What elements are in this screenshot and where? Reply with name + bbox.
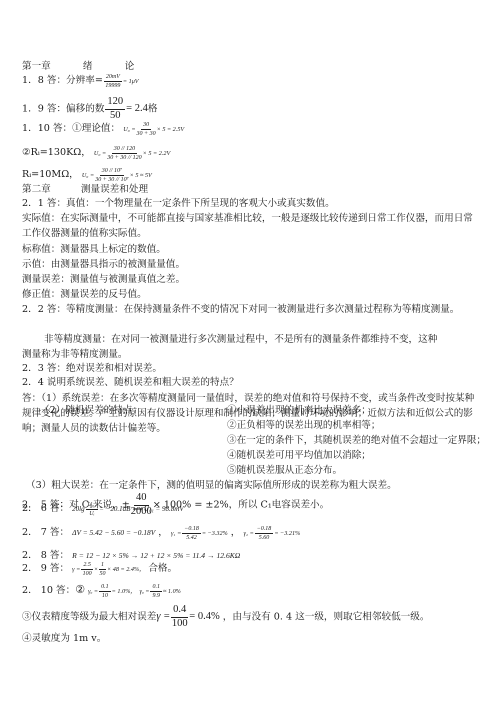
formula-result: = −20.1dB ⟹ U₀₁ = 98.8mV (99, 505, 184, 513)
formula-result: = −3.32% (202, 530, 228, 537)
delta-formula: ΔV = 5.42 − 5.60 = −0.18V (72, 528, 155, 537)
answer-2-3: 2．3 答：绝对误差和相对误差。 (22, 364, 162, 374)
answer-2-2-unequal-precision: 非等精度测量：在对同一被测量进行多次测量过程中，不是所有的测量条件都维持不变，这… (44, 335, 437, 345)
answer-1-8: 1．8 答：分辨率=20mV19999= 1μV (22, 74, 139, 89)
fraction-numerator: 30 // 10⁷ (100, 168, 124, 176)
answer-1-10-part-3: Rᵢ=10MΩ， U₀ =30 // 10⁷30 + 30 // 10⁷× 5 … (22, 168, 152, 183)
fraction-numerator: 30 (141, 122, 151, 130)
answer-2-10-part-3: ③仪表精度等级为最大相对误差γ =0.4100= 0.4% ，由与没有 0. 4… (22, 605, 429, 629)
fraction-numerator: −0.18 (182, 526, 201, 534)
chapter-1-heading: 第一章 绪 论 (22, 62, 134, 72)
formula-lhs: U₀ = (94, 150, 106, 157)
answer-2-9: 2． 9 答： γ =2.5100×150× 48 = 2.4%， 合格。 (22, 562, 177, 577)
formula-lhs: 20lg (72, 505, 84, 513)
fraction-numerator: −0.18 (255, 526, 274, 534)
question-2-4: 2．4 说明系统误差、随机误差和粗大误差的特点？ (22, 378, 239, 388)
formula-result: × 5 ≈ 5V (130, 172, 152, 179)
formula-result: ≈ 1.0% (163, 588, 181, 595)
fraction-denominator: 19999 (105, 82, 120, 89)
separator: ， (158, 527, 168, 538)
fraction-denominator: 50 (100, 570, 106, 577)
answer-text: ②Rᵢ=130KΩ， (22, 147, 91, 158)
random-error-item: ②正负相等的误差出现的机率相等； (227, 421, 381, 431)
fraction-denominator: 5.60 (259, 534, 270, 541)
answer-text: Rᵢ=10MΩ， (22, 169, 79, 180)
fraction-denominator: Uᵢ (89, 510, 94, 517)
answer-2-1-actual-value: 实际值：在实际测量中，不可能都直接与国家基准相比较，一般是逐级比较传递到日常工作… (22, 211, 480, 241)
fraction-denominator: 5.42 (186, 534, 197, 541)
formula-lhs: γₐ = (88, 588, 98, 595)
question-label: 1．10 答： (22, 123, 72, 134)
answer-1-10-part-1: 1．10 答：①理论值： U₀ =3030 + 30× 5 = 2.5V (22, 122, 184, 137)
formula-result: = 2.4 (126, 103, 148, 114)
chapter-number: 第一章 (22, 61, 51, 72)
offset-formula: 12050= 2.4 (104, 103, 147, 114)
random-error-item: ⑤随机误差服从正态分布。 (227, 466, 342, 476)
answer-2-1-measurement-error: 测量误差：测量值与被测量真值之差。 (22, 275, 185, 285)
answer-2-4-random-error-label: （2）随机误差的特点： (40, 406, 142, 416)
separator: ， (231, 527, 241, 538)
fraction-denominator: 30 + 30 (137, 130, 156, 137)
question-label: 2． 9 答： (22, 563, 69, 574)
answer-2-7: 2． 7 答： ΔV = 5.42 − 5.60 = −0.18V ， γ₁ =… (22, 526, 300, 541)
random-error-item: ④随机误差可用平均值加以消除； (227, 451, 371, 461)
fraction-denominator: 50 (110, 110, 121, 122)
formula-lhs: γₐ = (140, 588, 150, 595)
answer-1-9: 1．9 答：偏移的数12050= 2.4格 (22, 97, 157, 121)
formula-result: = 1.0%， (112, 588, 137, 595)
fraction-numerator: 30 // 120 (112, 146, 137, 154)
answer-2-1-true-value: 2．1 答：真值：一个物理量在一定条件下所呈现的客观大小或真实数值。 (22, 199, 335, 209)
answer-2-2-unequal-precision-cont: 测量称为非等精度测量。 (22, 350, 128, 360)
answer-2-1-indicated-value: 示值：由测量器具指示的被测量量值。 (22, 260, 185, 270)
accuracy-class-formula: γ =0.4100= 0.4% (156, 611, 219, 622)
answer-2-10-part-4: ④灵敏度为 1m v。 (22, 634, 106, 644)
fraction-denominator: 100 (172, 618, 188, 630)
question-label: 2． 6 答： (22, 503, 69, 514)
accuracy-formula: γ =2.5100×150× 48 = 2.4%， (72, 566, 145, 573)
formula-lhs: γ₁ = (171, 530, 181, 537)
answer-2-8: 2． 8 答： R = 12 − 12 × 5% → 12 + 12 × 5% … (22, 551, 240, 561)
question-label: 1．8 答： (22, 75, 66, 86)
chapter-title-char: 论 (125, 61, 135, 72)
question-label: 2． 8 答： (22, 550, 69, 561)
resolution-formula: 20mV19999= 1μV (103, 78, 139, 85)
formula-lhs: U₀ = (123, 126, 135, 133)
fraction-numerator: 2.5 (81, 562, 93, 570)
formula-lhs: γ₂ = (243, 530, 253, 537)
relative-error-1-formula: γₐ =0.110= 1.0%， (88, 588, 136, 595)
resistance-range-formula: R = 12 − 12 × 5% → 12 + 12 × 5% = 11.4 →… (72, 551, 240, 560)
fraction-denominator: 100 (83, 570, 92, 577)
voltage-formula: U₀ =30 // 10⁷30 + 30 // 10⁷× 5 ≈ 5V (82, 172, 152, 179)
answer-2-10: 2． 10 答：② γₐ =0.110= 1.0%， γₐ =0.19.9≈ 1… (22, 584, 181, 599)
gain-formula: 20lgU₀₁Uᵢ= −20.1dB ⟹ U₀₁ = 98.8mV (72, 505, 183, 513)
fraction-numerator: 120 (105, 97, 125, 110)
answer-1-10-part-2: ②Rᵢ=130KΩ， U₀ =30 // 12030 + 30 // 120× … (22, 146, 170, 161)
fraction-denominator: 30 + 30 // 10⁷ (95, 176, 128, 183)
relative-error-2-formula: γₐ =0.19.9≈ 1.0% (140, 588, 181, 595)
fraction-denominator: 10 (102, 592, 108, 599)
answer-2-4-gross-error: （3）粗大误差：在一定条件下，测的值明显的偏离实际值所形成的误差称为粗大误差。 (26, 481, 397, 491)
theory-value-formula: U₀ =3030 + 30× 5 = 2.5V (123, 126, 184, 133)
formula-result: = −3.21% (274, 530, 300, 537)
question-label: 2． 7 答： (22, 527, 69, 538)
fraction-numerator: 1 (99, 562, 106, 570)
fraction-numerator: 0.4 (171, 605, 188, 618)
answer-text: ，由与没有 0. 4 这一级，则取它相邻较低一级。 (223, 611, 430, 622)
circled-number: ② (75, 583, 85, 596)
relative-error-2-formula: γ₂ =−0.185.60= −3.21% (243, 530, 300, 537)
operator: × (94, 566, 98, 573)
fraction-numerator: 20mV (104, 74, 122, 82)
chapter-number: 第二章 (22, 184, 51, 195)
answer-text: ①理论值： (72, 123, 120, 134)
voltage-formula: U₀ =30 // 12030 + 30 // 120× 5 = 2.2V (94, 150, 170, 157)
formula-lhs: U₀ = (82, 172, 94, 179)
answer-2-1-correction-value: 修正值：测量误差的反号值。 (22, 290, 147, 300)
formula-lhs: γ = (72, 566, 80, 573)
fraction-numerator: 0.1 (150, 584, 162, 592)
random-error-item: ③在一定的条件下，其随机误差的绝对值不会超过一定界限； (227, 436, 486, 446)
verdict-text: 合格。 (148, 563, 177, 574)
fraction-numerator: U₀₁ (86, 502, 99, 510)
formula-result: = 1μV (123, 78, 139, 85)
answer-text: 分辨率= (66, 75, 103, 86)
answer-text: 偏移的数 (66, 103, 104, 114)
fraction-numerator: 0.1 (99, 584, 111, 592)
answer-2-6: 2． 6 答： 20lgU₀₁Uᵢ= −20.1dB ⟹ U₀₁ = 98.8m… (22, 502, 184, 517)
question-label: 1．9 答： (22, 103, 66, 114)
answer-2-2-equal-precision: 2．2 答：等精度测量：在保持测量条件不变的情况下对同一被测量进行多次测量过程称… (22, 302, 480, 317)
formula-result: × 5 = 2.5V (157, 126, 185, 133)
answer-2-1-nominal-value: 标称值：测量器具上标定的数值。 (22, 245, 166, 255)
chapter-title: 测量误差和处理 (81, 184, 148, 195)
formula-result: × 48 = 2.4%， (107, 566, 145, 573)
formula-result: × 5 = 2.2V (143, 150, 171, 157)
fraction-denominator: 30 + 30 // 120 (107, 154, 141, 161)
formula-lhs: γ = (156, 611, 170, 622)
fraction-denominator: 9.9 (152, 592, 160, 599)
chapter-2-heading: 第二章 测量误差和处理 (22, 185, 148, 195)
question-label: 2． 10 答： (22, 585, 75, 596)
answer-text: ③仪表精度等级为最大相对误差 (22, 611, 156, 622)
relative-error-1-formula: γ₁ =−0.185.42= −3.32% (171, 530, 228, 537)
chapter-title-char: 绪 (83, 61, 93, 72)
unit-text: 格 (148, 103, 158, 114)
random-error-item: ①小误差出现的机率比大误差多； (227, 406, 371, 416)
formula-result: = 0.4% (189, 611, 219, 622)
